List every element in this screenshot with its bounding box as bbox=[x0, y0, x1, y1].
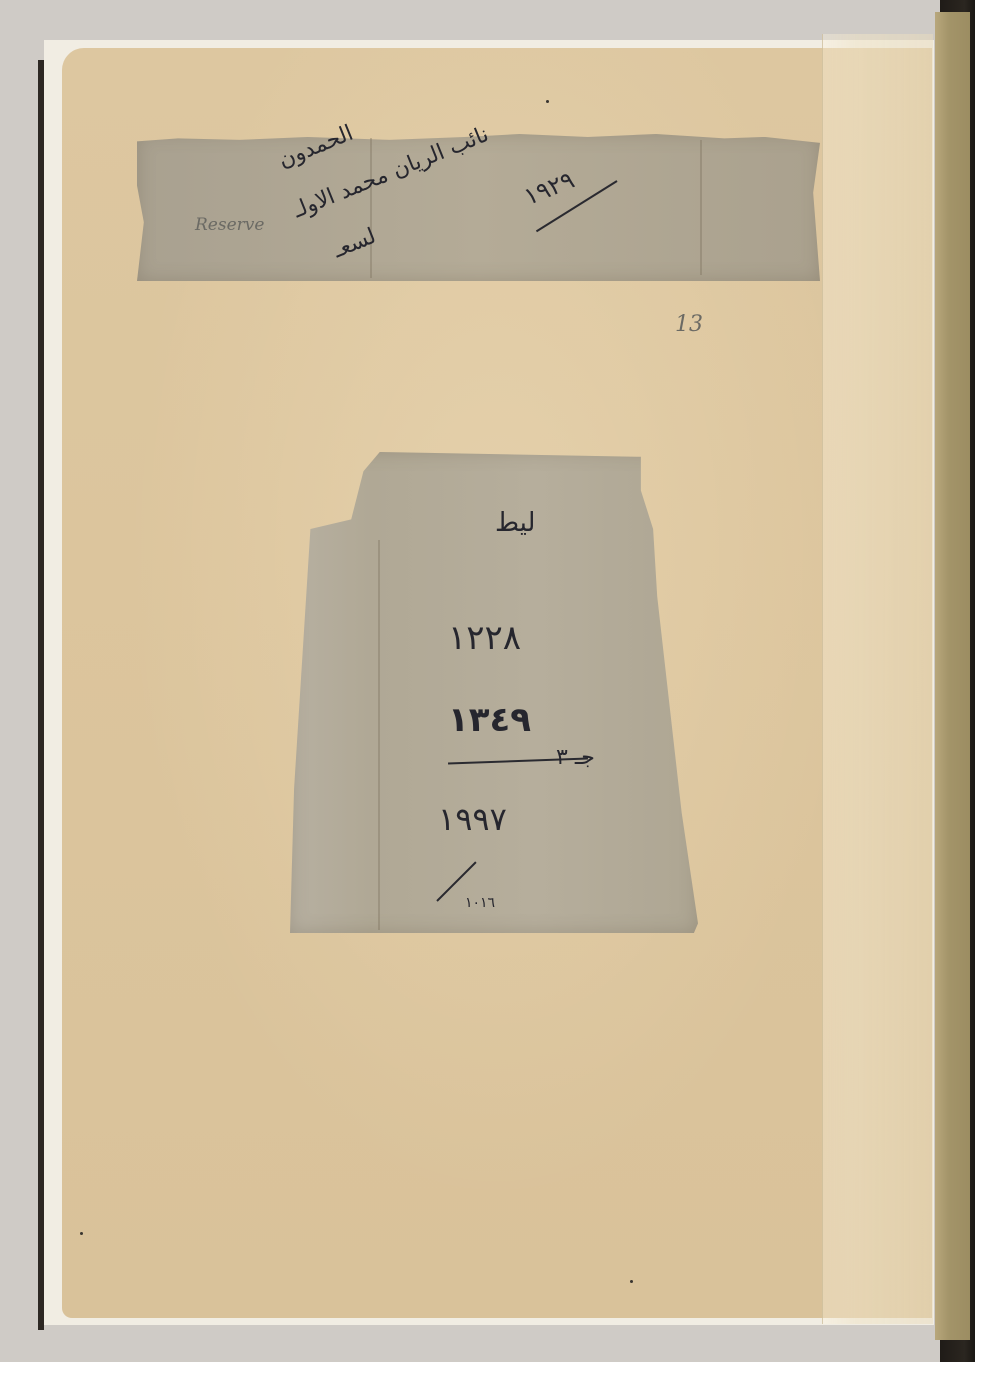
ink-speck bbox=[630, 1280, 633, 1283]
number-line-2: ١٣٤٩ bbox=[448, 700, 531, 740]
pencil-note: Reserve bbox=[195, 215, 264, 235]
small-annotation: ١٠١٦ bbox=[465, 895, 495, 911]
number-line-3: ١٩٩٧ bbox=[438, 800, 507, 838]
middle-paper-fragment bbox=[290, 452, 698, 933]
book-endpaper-edge bbox=[935, 12, 970, 1340]
number-line-1: ١٢٢٨ bbox=[448, 618, 521, 658]
fragment-crease bbox=[370, 138, 372, 278]
folio-number: 13 bbox=[675, 312, 703, 337]
top-paper-fragment bbox=[137, 134, 820, 281]
fragment-crease bbox=[700, 140, 702, 275]
side-annotation: جـ ٣ bbox=[556, 745, 595, 770]
ink-speck bbox=[80, 1232, 83, 1235]
ink-speck bbox=[546, 100, 549, 103]
guard-strip bbox=[822, 34, 933, 1324]
fragment-crease bbox=[378, 540, 380, 930]
fragment-top-word: ليط bbox=[495, 508, 535, 538]
